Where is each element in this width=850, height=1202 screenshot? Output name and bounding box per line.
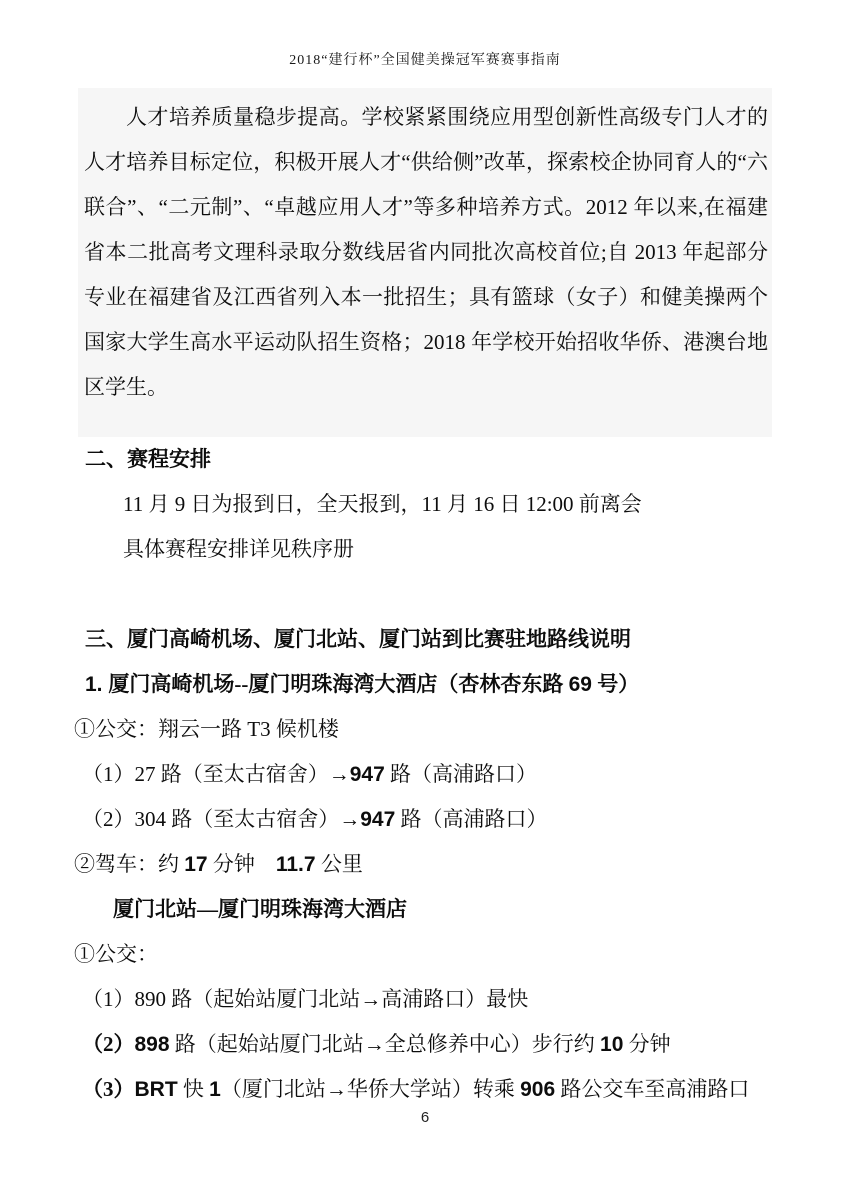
text-run: 947: [350, 763, 385, 786]
text-run: 898: [135, 1033, 170, 1056]
text-run: 号）: [592, 672, 639, 696]
text-run: 厦门高崎机场--厦门明珠海湾大酒店（杏林杏东路: [108, 672, 568, 696]
route-option: （1）890 路（起始站厦门北站→高浦路口）最快: [82, 977, 775, 1022]
text-run: BRT: [135, 1078, 178, 1101]
text-run: 具体赛程安排详见秩序册: [123, 537, 354, 561]
section2-lines: 11 月 9 日为报到日，全天报到，11 月 16 日 12:00 前离会具体赛…: [85, 482, 775, 572]
schedule-line: 具体赛程安排详见秩序册: [85, 527, 775, 572]
section2-heading: 二、赛程安排: [85, 437, 775, 482]
text-run: 分钟: [623, 1032, 670, 1056]
route-drive-label: ②驾车：约 17 分钟 11.7 公里: [74, 842, 775, 887]
document-body: 二、赛程安排 11 月 9 日为报到日，全天报到，11 月 16 日 12:00…: [85, 437, 775, 1112]
text-run: 11 月 9 日为报到日，全天报到，11 月 16 日 12:00 前离会: [123, 492, 642, 516]
text-run: ①公交：: [74, 942, 158, 966]
text-run: 17: [184, 853, 207, 876]
text-run: （1）890 路（起始站厦门北站→高浦路口）最快: [82, 987, 528, 1011]
text-run: （3）: [82, 1077, 135, 1101]
text-run: （2）: [82, 1032, 135, 1056]
text-run: 路（高浦路口）: [385, 762, 537, 786]
text-run: 分钟: [208, 852, 276, 876]
text-run: ①公交：翔云一路 T3 候机楼: [74, 717, 339, 741]
route-title-airport: 1. 厦门高崎机场--厦门明珠海湾大酒店（杏林杏东路 69 号）: [85, 662, 775, 707]
text-run: 厦门北站—厦门明珠海湾大酒店: [113, 897, 407, 921]
text-run: 906: [520, 1078, 555, 1101]
text-run: 快: [178, 1077, 210, 1101]
route-title-north-station: 厦门北站—厦门明珠海湾大酒店: [113, 887, 775, 932]
section3-heading: 三、厦门高崎机场、厦门北站、厦门站到比赛驻地路线说明: [85, 617, 775, 662]
document-page: 2018“建行杯”全国健美操冠军赛赛事指南 人才培养质量稳步提高。学校紧紧围绕应…: [0, 0, 850, 1202]
route-option: （1）27 路（至太古宿舍）→947 路（高浦路口）: [82, 752, 775, 797]
section3-lines: 1. 厦门高崎机场--厦门明珠海湾大酒店（杏林杏东路 69 号）①公交：翔云一路…: [85, 662, 775, 1112]
text-run: ②驾车：约: [74, 852, 184, 876]
page-header-title: 2018“建行杯”全国健美操冠军赛赛事指南: [0, 52, 850, 69]
intro-paragraph: 人才培养质量稳步提高。学校紧紧围绕应用型创新性高级专门人才的人才培养目标定位，积…: [78, 88, 772, 437]
route-option: （2）898 路（起始站厦门北站→全总修养中心）步行约 10 分钟: [82, 1022, 775, 1067]
route-bus-label: ①公交：: [74, 932, 775, 977]
text-run: 公里: [316, 852, 363, 876]
text-run: （厦门北站→华侨大学站）转乘: [221, 1077, 520, 1101]
route-bus-label: ①公交：翔云一路 T3 候机楼: [74, 707, 775, 752]
text-run: 路（起始站厦门北站→全总修养中心）步行约: [170, 1032, 601, 1056]
route-option: （2）304 路（至太古宿舍）→947 路（高浦路口）: [82, 797, 775, 842]
route-option: （3）BRT 快 1（厦门北站→华侨大学站）转乘 906 路公交车至高浦路口: [82, 1067, 775, 1112]
text-run: 69: [569, 673, 592, 696]
intro-highlight-block: 人才培养质量稳步提高。学校紧紧围绕应用型创新性高级专门人才的人才培养目标定位，积…: [78, 88, 772, 437]
schedule-line: 11 月 9 日为报到日，全天报到，11 月 16 日 12:00 前离会: [85, 482, 775, 527]
text-run: （1）27 路（至太古宿舍）→: [82, 762, 350, 786]
text-run: 947: [360, 808, 395, 831]
text-run: （2）304 路（至太古宿舍）→: [82, 807, 360, 831]
text-run: 10: [600, 1033, 623, 1056]
text-run: 1.: [85, 673, 108, 696]
text-run: 11.7: [276, 853, 316, 876]
text-run: 路公交车至高浦路口: [555, 1077, 749, 1101]
page-number: 6: [0, 1108, 850, 1128]
text-run: 1: [209, 1078, 221, 1101]
text-run: 路（高浦路口）: [395, 807, 547, 831]
